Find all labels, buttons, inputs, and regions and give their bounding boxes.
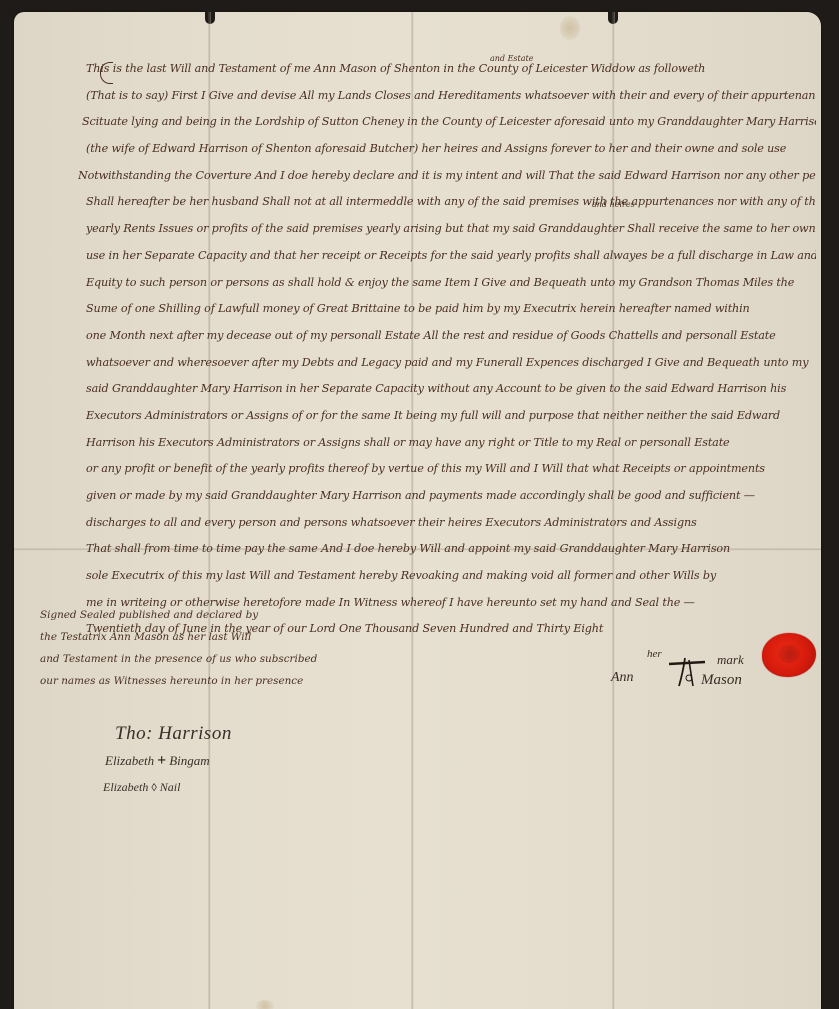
attestation-line: our names as Witnesses hereunto in her p… xyxy=(40,670,340,692)
circle-mark-icon: ◊ xyxy=(151,775,156,801)
will-body: This is the last Will and Testament of m… xyxy=(86,56,816,643)
signature-first-name: Ann xyxy=(611,670,634,686)
witness-signatures: Tho: Harrison Elizabeth+Bingam Elizabeth… xyxy=(115,720,232,800)
body-line: sole Executrix of this my last Will and … xyxy=(86,563,816,590)
witness-signature: Elizabeth+Bingam xyxy=(105,748,232,774)
body-line: That shall from time to time pay the sam… xyxy=(86,536,816,563)
signature-last-name: Mason xyxy=(701,672,742,689)
attestation-line: and Testament in the presence of us who … xyxy=(40,648,340,670)
attestation-line: Signed Sealed published and declared by xyxy=(40,604,340,626)
signature-mark: mark xyxy=(717,652,744,668)
body-line: This is the last Will and Testament of m… xyxy=(86,56,816,83)
body-line: one Month next after my decease out of m… xyxy=(86,323,816,350)
body-line: said Granddaughter Mary Harrison in her … xyxy=(86,376,816,403)
body-line: Scituate lying and being in the Lordship… xyxy=(82,109,816,136)
body-line: yearly Rents Issues or profits of the sa… xyxy=(86,216,816,243)
body-line: Sume of one Shilling of Lawfull money of… xyxy=(86,296,816,323)
body-line: given or made by my said Granddaughter M… xyxy=(86,483,816,510)
body-line: or any profit or benefit of the yearly p… xyxy=(86,456,816,483)
paper-stain xyxy=(256,1000,274,1009)
body-line: (the wife of Edward Harrison of Shenton … xyxy=(86,136,816,163)
body-line: whatsoever and wheresoever after my Debt… xyxy=(86,350,816,377)
signature-her: her xyxy=(647,648,662,660)
body-line: discharges to all and every person and p… xyxy=(86,510,816,537)
body-line: Harrison his Executors Administrators or… xyxy=(86,430,816,457)
paper-stain xyxy=(560,16,580,40)
interlineation: and Estate xyxy=(490,54,533,63)
testator-signature: her mark Ann Mason xyxy=(605,646,765,706)
body-line: Executors Administrators or Assigns of o… xyxy=(86,403,816,430)
witness-signature: Elizabeth◊Nail xyxy=(103,774,232,800)
attestation-clause: Signed Sealed published and declared by … xyxy=(40,604,340,692)
attestation-line: the Testatrix Ann Mason as her last Will xyxy=(40,626,340,648)
body-line: Notwithstanding the Coverture And I doe … xyxy=(78,163,816,190)
witness-last-name: Nail xyxy=(160,780,181,794)
witness-name: Tho: Harrison xyxy=(115,723,232,744)
body-line: use in her Separate Capacity and that he… xyxy=(86,243,816,270)
body-line: Equity to such person or persons as shal… xyxy=(86,270,816,297)
witness-signature: Tho: Harrison xyxy=(115,720,232,748)
body-line: (That is to say) First I Give and devise… xyxy=(86,83,816,110)
body-line: Shall hereafter be her husband Shall not… xyxy=(86,189,816,216)
witness-last-name: Bingam xyxy=(169,753,209,768)
scan-stage: This is the last Will and Testament of m… xyxy=(0,0,839,1009)
witness-first-name: Elizabeth xyxy=(105,753,154,768)
cross-mark-icon: + xyxy=(157,748,166,774)
witness-first-name: Elizabeth xyxy=(103,780,148,794)
testator-mark-icon xyxy=(667,652,707,692)
interlineation: and heires xyxy=(592,200,635,209)
